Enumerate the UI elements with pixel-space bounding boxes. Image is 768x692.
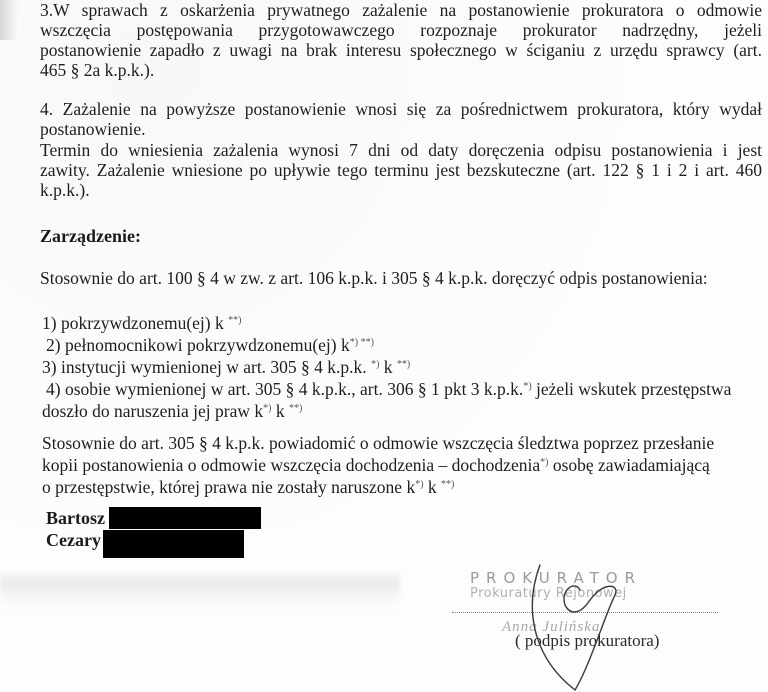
notify-line-2: kopii postanowienia o odmowie wszczęcia … xyxy=(42,453,764,475)
footnote-marker: **) xyxy=(289,403,302,414)
paragraph-3-line-2: wszczęcia postępowania przygotowawczego … xyxy=(40,20,762,40)
order-intro-text: Stosownie do art. 100 § 4 w zw. z art. 1… xyxy=(40,268,762,288)
paragraph-4: 4. Zażalenie na powyższe postanowienie w… xyxy=(40,99,762,139)
footnote-marker: **) xyxy=(228,315,241,326)
notify-line-1: Stosownie do art. 305 § 4 k.p.k. powiado… xyxy=(42,433,764,453)
recipient-item-3: 3) instytucji wymienionej w art. 305 § 4… xyxy=(40,355,762,377)
footnote-marker: **) xyxy=(397,359,410,370)
footnote-marker: *) **) xyxy=(350,337,374,348)
footnote-marker: *) xyxy=(415,479,423,490)
order-intro: Stosownie do art. 100 § 4 w zw. z art. 1… xyxy=(40,268,762,288)
paragraph-3-line-1: 3.W sprawach z oskarżenia prywatnego zaż… xyxy=(40,0,762,20)
recipients-list: 1) pokrzywdzonemu(ej) k **) 2) pełnomocn… xyxy=(40,311,762,421)
deadline-paragraph: Termin do wniesienia zażalenia wynosi 7 … xyxy=(40,140,762,200)
recipient-item-4-continued: doszło do naruszenia jej praw k*) k **) xyxy=(40,399,762,421)
signer-2-first-name: Cezary xyxy=(46,530,101,551)
paragraph-4-line-2: postanowienie. xyxy=(40,119,762,139)
scanned-document-page: 3.W sprawach z oskarżenia prywatnego zaż… xyxy=(0,0,768,692)
signer-1-first-name: Bartosz xyxy=(46,508,105,529)
recipient-item-1: 1) pokrzywdzonemu(ej) k **) xyxy=(40,311,762,333)
footnote-marker: **) xyxy=(441,479,454,490)
paragraph-3: 3.W sprawach z oskarżenia prywatnego zaż… xyxy=(40,0,762,80)
recipient-item-2: 2) pełnomocnikowi pokrzywdzonemu(ej) k*)… xyxy=(40,333,762,355)
notify-paragraph: Stosownie do art. 305 § 4 k.p.k. powiado… xyxy=(42,433,764,497)
recipient-item-4: 4) osobie wymienionej w art. 305 § 4 k.p… xyxy=(40,377,762,399)
page-fold-shadow xyxy=(0,570,400,610)
deadline-line-2: zawity. Zażalenie wniesione po upływie t… xyxy=(40,160,762,180)
page-corner-shadow xyxy=(0,0,18,40)
deadline-line-3: k.p.k.). xyxy=(40,180,762,200)
signer-1-surname-redaction xyxy=(109,507,261,529)
handwritten-signature-icon xyxy=(520,555,630,692)
deadline-line-1: Termin do wniesienia zażalenia wynosi 7 … xyxy=(40,140,762,160)
paragraph-3-line-4: 465 § 2a k.p.k.). xyxy=(40,60,762,80)
notify-line-3: o przestępstwie, której prawa nie został… xyxy=(42,475,764,497)
signer-2-surname-redaction xyxy=(103,530,244,558)
paragraph-3-line-3: postanowienie zapadło z uwagi na brak in… xyxy=(40,40,762,60)
paragraph-4-line-1: 4. Zażalenie na powyższe postanowienie w… xyxy=(40,99,762,119)
order-heading: Zarządzenie: xyxy=(40,226,141,247)
footnote-marker: *) xyxy=(523,381,531,392)
